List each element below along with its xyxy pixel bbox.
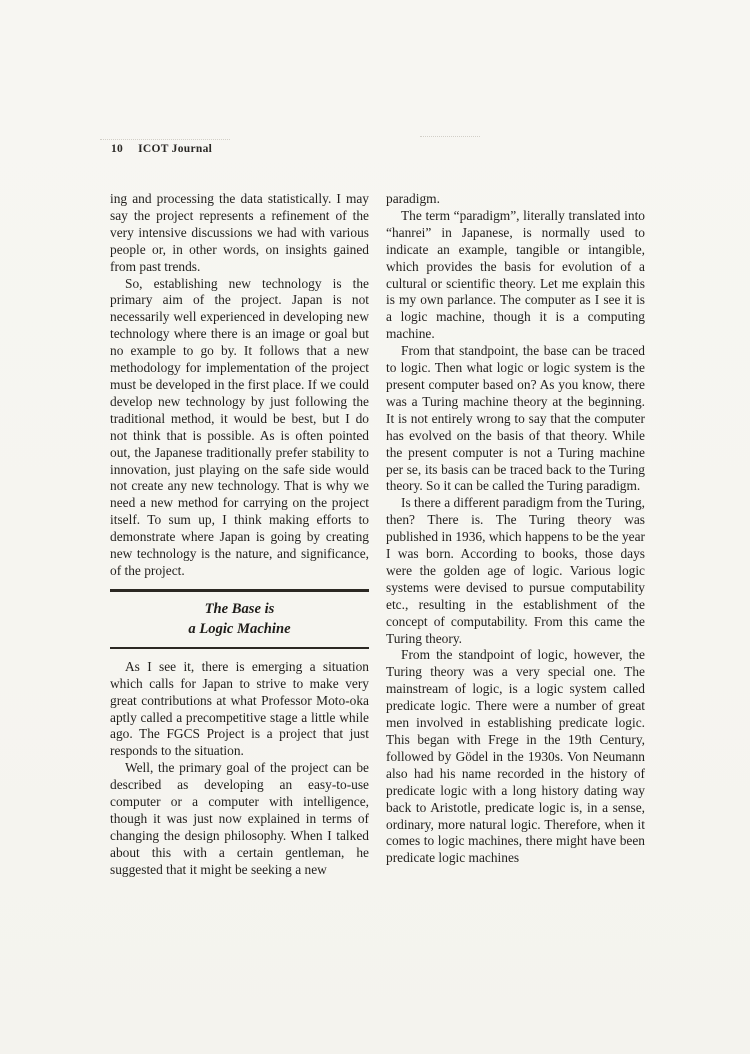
paragraph: So, establishing new technology is the p… — [110, 276, 369, 580]
journal-title: ICOT Journal — [138, 143, 212, 155]
right-column: paradigm. The term “paradigm”, literally… — [386, 191, 645, 879]
scanned-journal-page: 10ICOT Journal ing and processing the da… — [0, 0, 750, 1054]
left-column: ing and processing the data statisticall… — [110, 191, 369, 879]
section-heading-line-1: The Base is — [110, 599, 369, 619]
paragraph: Well, the primary goal of the project ca… — [110, 760, 369, 878]
page-number: 10 — [111, 143, 123, 155]
section-heading-line-2: a Logic Machine — [110, 619, 369, 639]
paragraph: paradigm. — [386, 191, 645, 208]
paragraph: As I see it, there is emerging a situati… — [110, 659, 369, 760]
scan-noise-artifact — [420, 136, 480, 137]
two-column-body: ing and processing the data statisticall… — [110, 191, 646, 879]
running-header: 10ICOT Journal — [111, 143, 212, 155]
paragraph: ing and processing the data statisticall… — [110, 191, 369, 276]
paragraph: From the standpoint of logic, however, t… — [386, 647, 645, 867]
paragraph: The term “paradigm”, literally translate… — [386, 208, 645, 343]
scan-noise-artifact — [100, 139, 230, 140]
section-heading: The Base is a Logic Machine — [110, 589, 369, 649]
paragraph: Is there a different paradigm from the T… — [386, 495, 645, 647]
paragraph: From that standpoint, the base can be tr… — [386, 343, 645, 495]
